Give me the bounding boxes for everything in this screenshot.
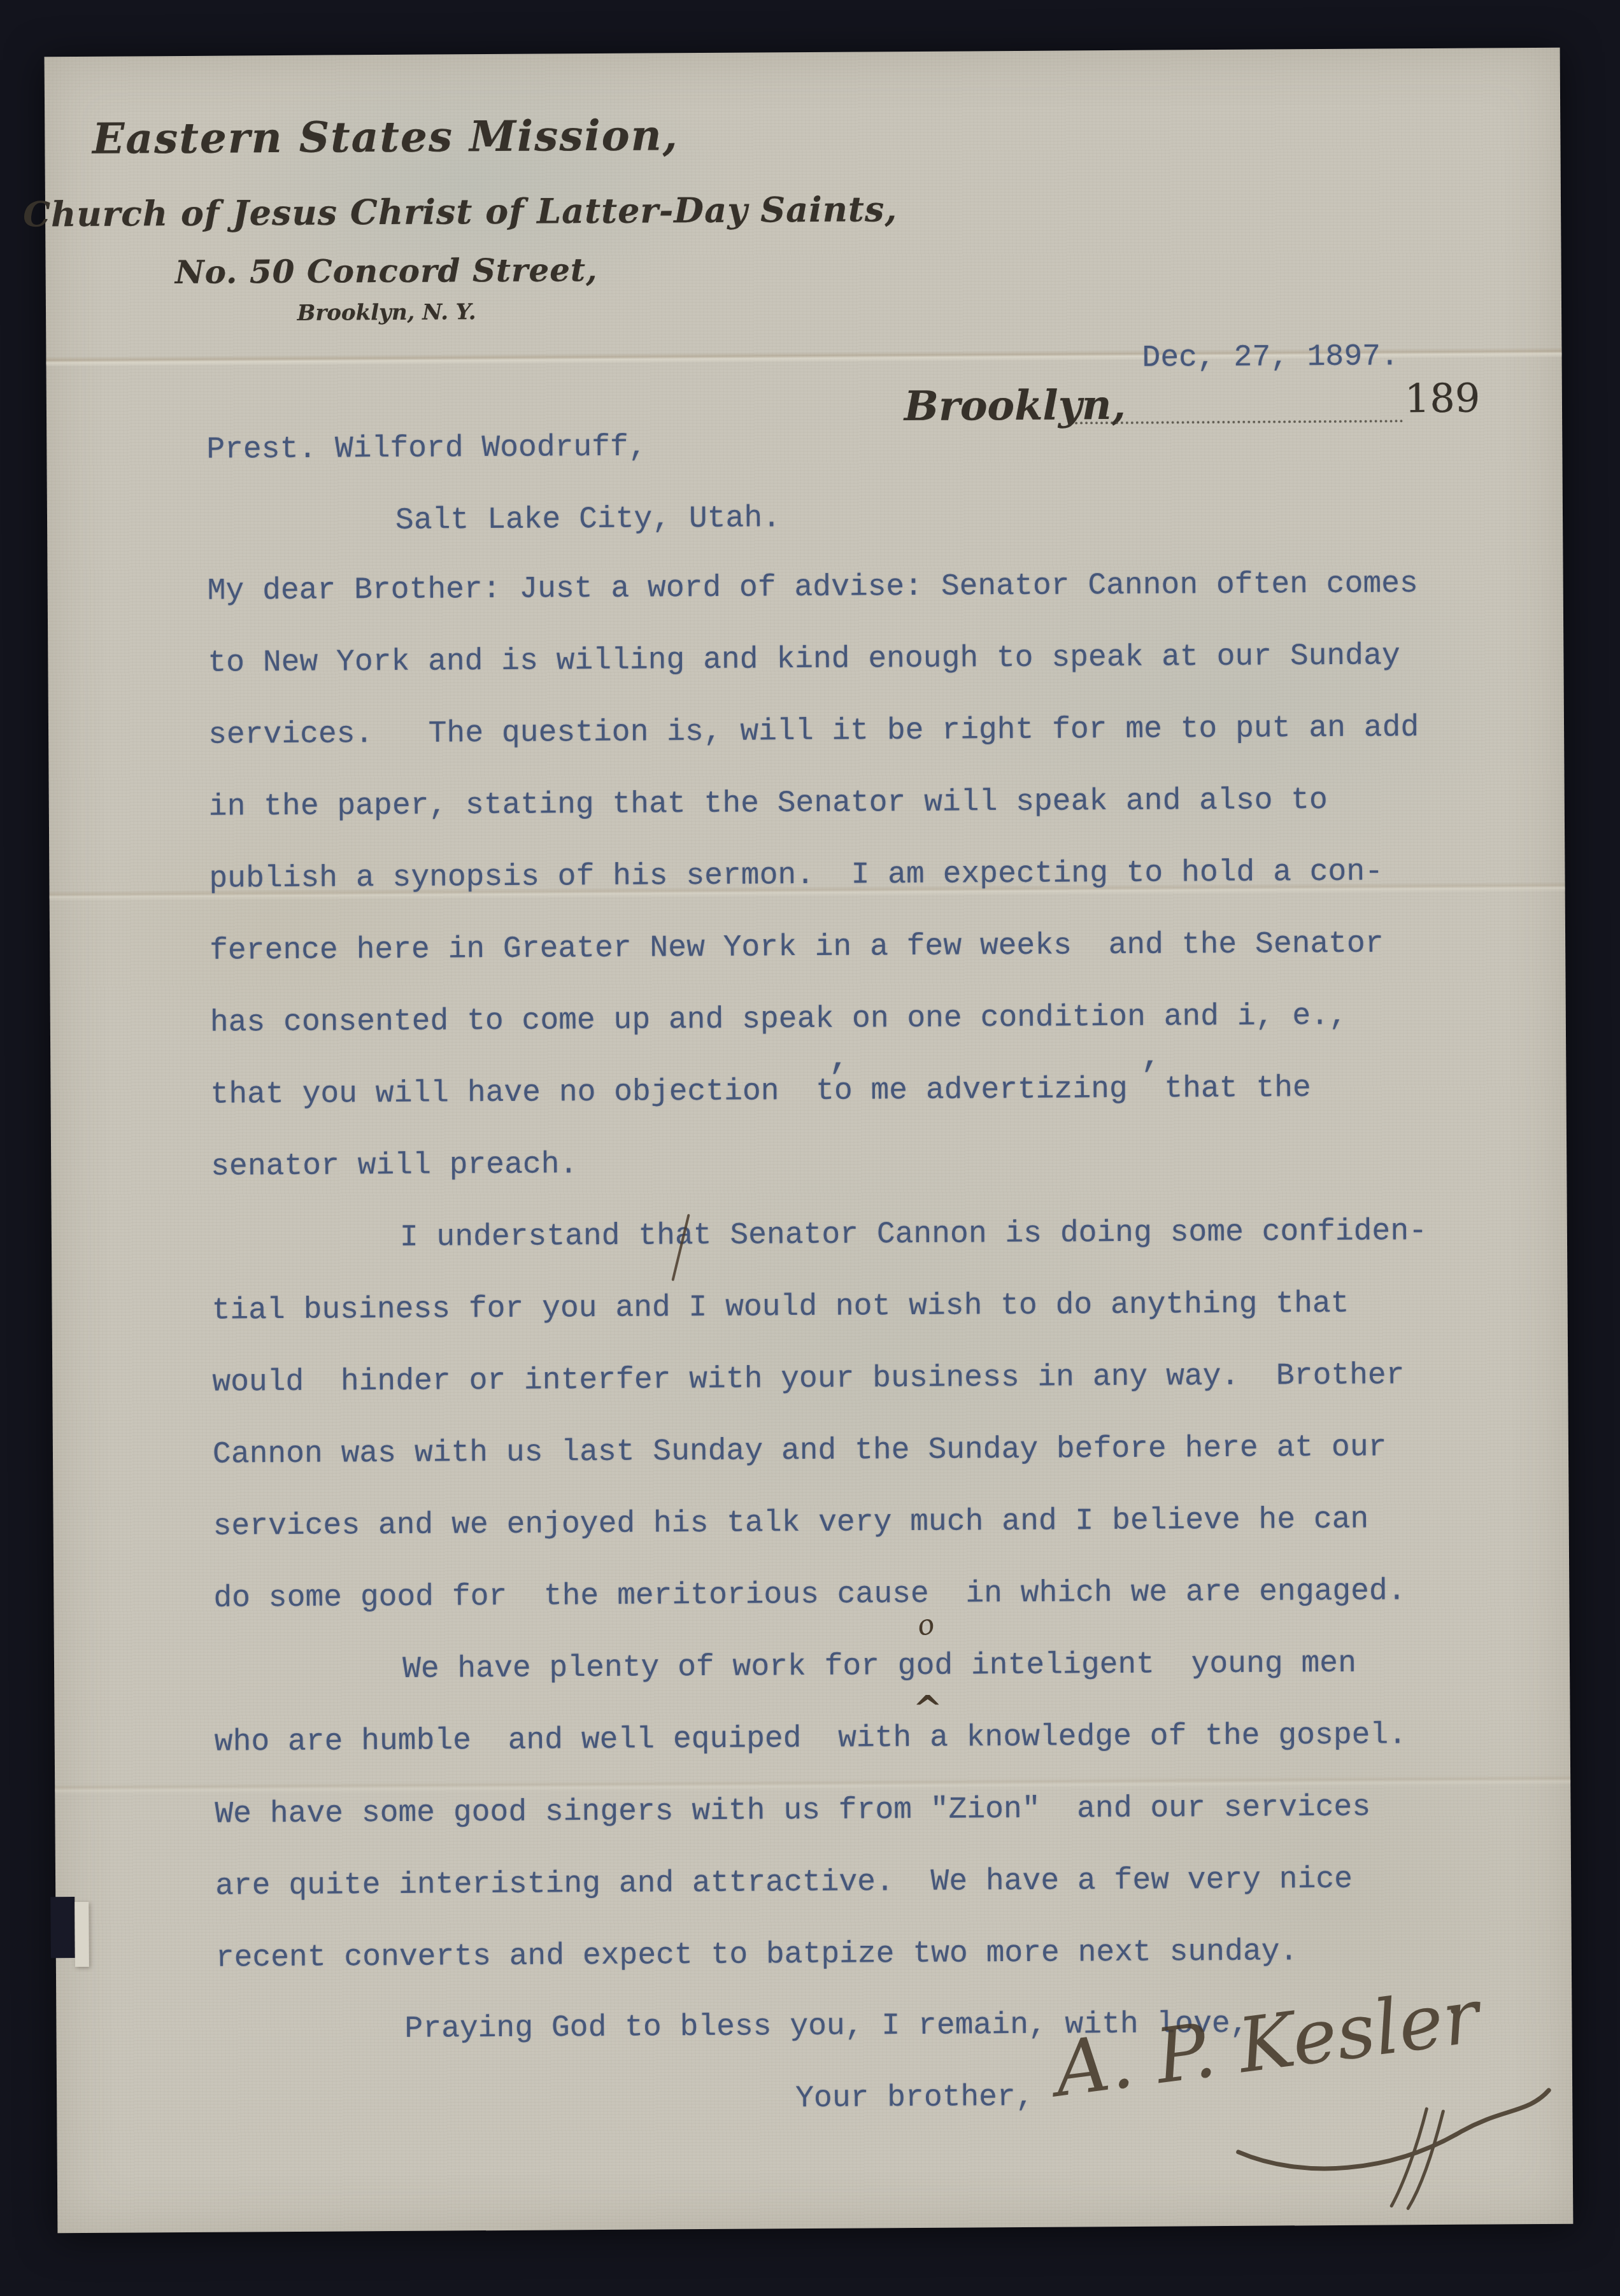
letter-line: who are humble and well equiped with a k…: [215, 1720, 1407, 1757]
letterhead-church-name: Church of Jesus Christ of Latter-Day Sai…: [23, 190, 749, 235]
signature: A. P. Kesler: [1046, 1983, 1570, 2216]
signature-flourish: [1238, 2090, 1549, 2169]
letter-line: We have plenty of work for god inteligen…: [402, 1648, 1356, 1685]
caret-mark: ^: [913, 1688, 942, 1730]
binder-clip: [50, 1897, 75, 1958]
letter-line: do some good for the meritorious cause i…: [213, 1576, 1406, 1613]
letter-line: services and we enjoyed his talk very mu…: [213, 1505, 1369, 1542]
letter-line: are quite interisting and attractive. We…: [215, 1864, 1353, 1902]
letter-line: ference here in Greater New York in a fe…: [210, 928, 1384, 966]
signature-name: A. P. Kesler: [1044, 1971, 1488, 2115]
letter-line: that you will have no objection to me ad…: [210, 1073, 1311, 1110]
printed-year-prefix: 189: [1405, 375, 1481, 422]
typed-date: Dec, 27, 1897.: [1142, 341, 1399, 373]
inserted-comma-mark: ,: [828, 1038, 850, 1079]
letter-line: Salt Lake City, Utah.: [395, 503, 781, 536]
letter-line: senator will preach.: [211, 1149, 578, 1182]
letter-line: to New York and is willing and kind enou…: [208, 641, 1400, 678]
letter-line: Prest. Wilford Woodruff,: [206, 432, 647, 465]
letter-line: tial business for you and I would not wi…: [211, 1289, 1349, 1326]
scanned-letter-background: Eastern States Mission, Church of Jesus …: [0, 0, 1620, 2296]
letter-line: We have some good singers with us from "…: [215, 1792, 1370, 1830]
letter-closing-line: Your brother,: [795, 2082, 1034, 2114]
letter-line: services. The question is, will it be ri…: [208, 712, 1419, 751]
letter-line: My dear Brother: Just a word of advise: …: [208, 569, 1418, 607]
binder-clip-tab: [75, 1902, 89, 1967]
letter-line: publish a synopsis of his sermon. I am e…: [209, 856, 1383, 894]
letter-line: has consented to come up and speak on on…: [210, 1001, 1347, 1038]
letterhead-street-address: No. 50 Concord Street,: [23, 250, 749, 292]
letter-line: I understand that Senator Cannon is doin…: [400, 1216, 1427, 1253]
letter-line: would hinder or interfer with your busin…: [212, 1360, 1405, 1398]
inserted-letter-mark: o: [914, 1608, 938, 1643]
letter-page: Eastern States Mission, Church of Jesus …: [45, 48, 1574, 2233]
inserted-comma-mark: ,: [1140, 1036, 1162, 1077]
ink-dot: [1451, 2008, 1457, 2014]
letter-line: recent converts and expect to batpize tw…: [216, 1936, 1298, 1973]
letterhead: Eastern States Mission, Church of Jesus …: [22, 53, 748, 57]
letter-line: Cannon was with us last Sunday and the S…: [213, 1432, 1387, 1470]
letterhead-city-state: Brooklyn, N. Y.: [24, 298, 750, 328]
letter-line: in the paper, stating that the Senator w…: [209, 785, 1328, 823]
letterhead-mission-name: Eastern States Mission,: [22, 110, 748, 164]
